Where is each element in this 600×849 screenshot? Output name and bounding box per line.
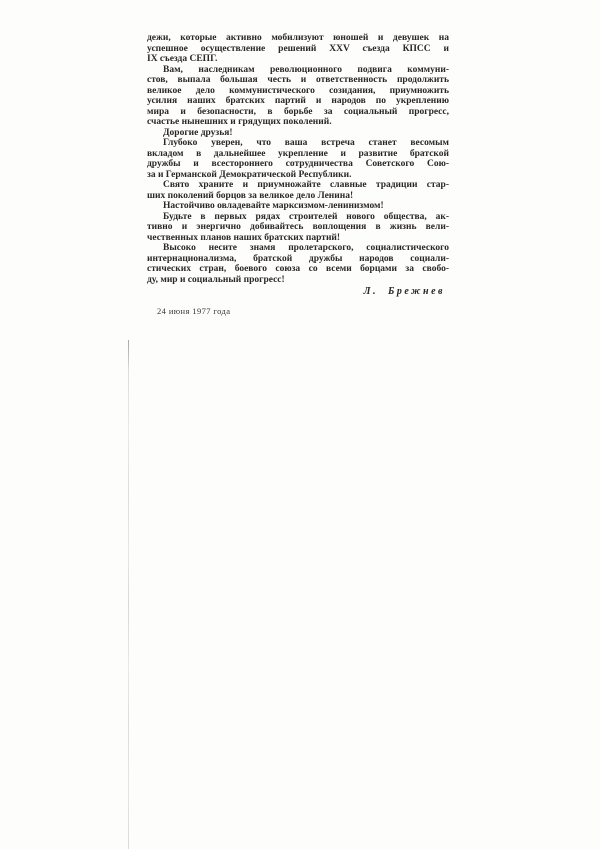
text-line: ших поколений борцов за великое дело Лен…: [147, 191, 449, 202]
text-line: великое дело коммунистического созидания…: [147, 86, 449, 97]
scanned-page: дежи, которые активно мобилизуют юношей …: [0, 0, 600, 849]
text-line: IX съезда СЕПГ.: [147, 54, 449, 65]
text-line: стов, выпала большая честь и ответственн…: [147, 75, 449, 86]
letter-body: дежи, которые активно мобилизуют юношей …: [147, 33, 449, 285]
date-line: 24 июня 1977 года: [157, 306, 230, 316]
text-line: успешное осуществление решений XXV съезд…: [147, 44, 449, 55]
text-line: Вам, наследникам революционного подвига …: [147, 65, 449, 76]
text-line: усилия наших братских партий и народов п…: [147, 96, 449, 107]
signature: Л. Брежнев: [147, 286, 449, 297]
text-line: Дорогие друзья!: [147, 128, 449, 139]
text-line: мира и безопасности, в борьбе за социаль…: [147, 107, 449, 118]
text-line: интернационализма, братской дружбы народ…: [147, 254, 449, 265]
text-line: Настойчиво овладевайте марксизмом-ленини…: [147, 201, 449, 212]
text-line: Будьте в первых рядах строителей нового …: [147, 212, 449, 223]
scan-fold-line: [128, 340, 129, 849]
text-line: Свято храните и приумножайте славные тра…: [147, 180, 449, 191]
text-line: ду, мир и социальный прогресс!: [147, 275, 449, 286]
text-line: чественных планов наших братских партий!: [147, 233, 449, 244]
text-line: стических стран, боевого союза со всеми …: [147, 264, 449, 275]
text-line: за и Германской Демократической Республи…: [147, 170, 449, 181]
text-line: дежи, которые активно мобилизуют юношей …: [147, 33, 449, 44]
text-line: вкладом в дальнейшее укрепление и развит…: [147, 149, 449, 160]
text-line: Глубоко уверен, что ваша встреча станет …: [147, 138, 449, 149]
text-line: Высоко несите знамя пролетарского, социа…: [147, 243, 449, 254]
text-line: дружбы и всестороннего сотрудничества Со…: [147, 159, 449, 170]
text-line: счастье нынешних и грядущих поколений.: [147, 117, 449, 128]
text-line: тивно и энергично добивайтесь воплощения…: [147, 222, 449, 233]
